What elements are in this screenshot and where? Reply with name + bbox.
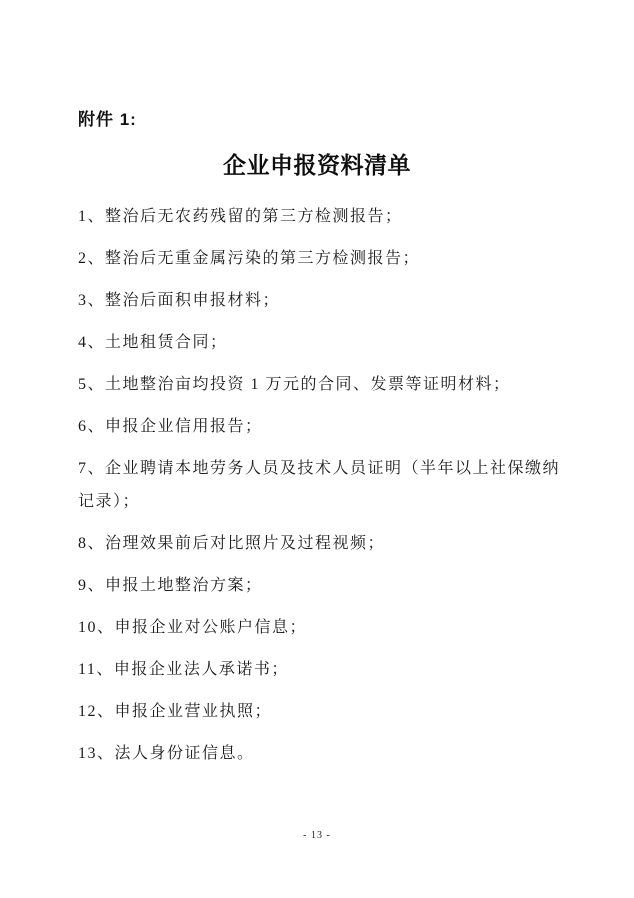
list-item: 7、企业聘请本地劳务人员及技术人员证明（半年以上社保缴纳记录）； — [78, 452, 568, 518]
list-item: 2、整治后无重金属污染的第三方检测报告； — [78, 242, 568, 275]
list-item: 6、申报企业信用报告； — [78, 410, 568, 443]
materials-list: 1、整治后无农药残留的第三方检测报告；2、整治后无重金属污染的第三方检测报告；3… — [78, 200, 568, 779]
list-item: 8、治理效果前后对比照片及过程视频； — [78, 527, 568, 560]
attachment-label: 附件 1: — [78, 105, 137, 130]
document-page: 附件 1: 企业申报资料清单 1、整治后无农药残留的第三方检测报告；2、整治后无… — [0, 0, 634, 898]
list-item: 9、申报土地整治方案； — [78, 569, 568, 602]
list-item: 1、整治后无农药残留的第三方检测报告； — [78, 200, 568, 233]
list-item: 13、法人身份证信息。 — [78, 737, 568, 770]
list-item: 10、申报企业对公账户信息； — [78, 611, 568, 644]
page-title: 企业申报资料清单 — [0, 147, 634, 180]
list-item: 5、土地整治亩均投资 1 万元的合同、发票等证明材料； — [78, 368, 568, 401]
list-item: 4、土地租赁合同； — [78, 326, 568, 359]
list-item: 12、申报企业营业执照； — [78, 695, 568, 728]
list-item: 11、申报企业法人承诺书； — [78, 653, 568, 686]
list-item: 3、整治后面积申报材料； — [78, 284, 568, 317]
page-number: - 13 - — [0, 830, 634, 841]
